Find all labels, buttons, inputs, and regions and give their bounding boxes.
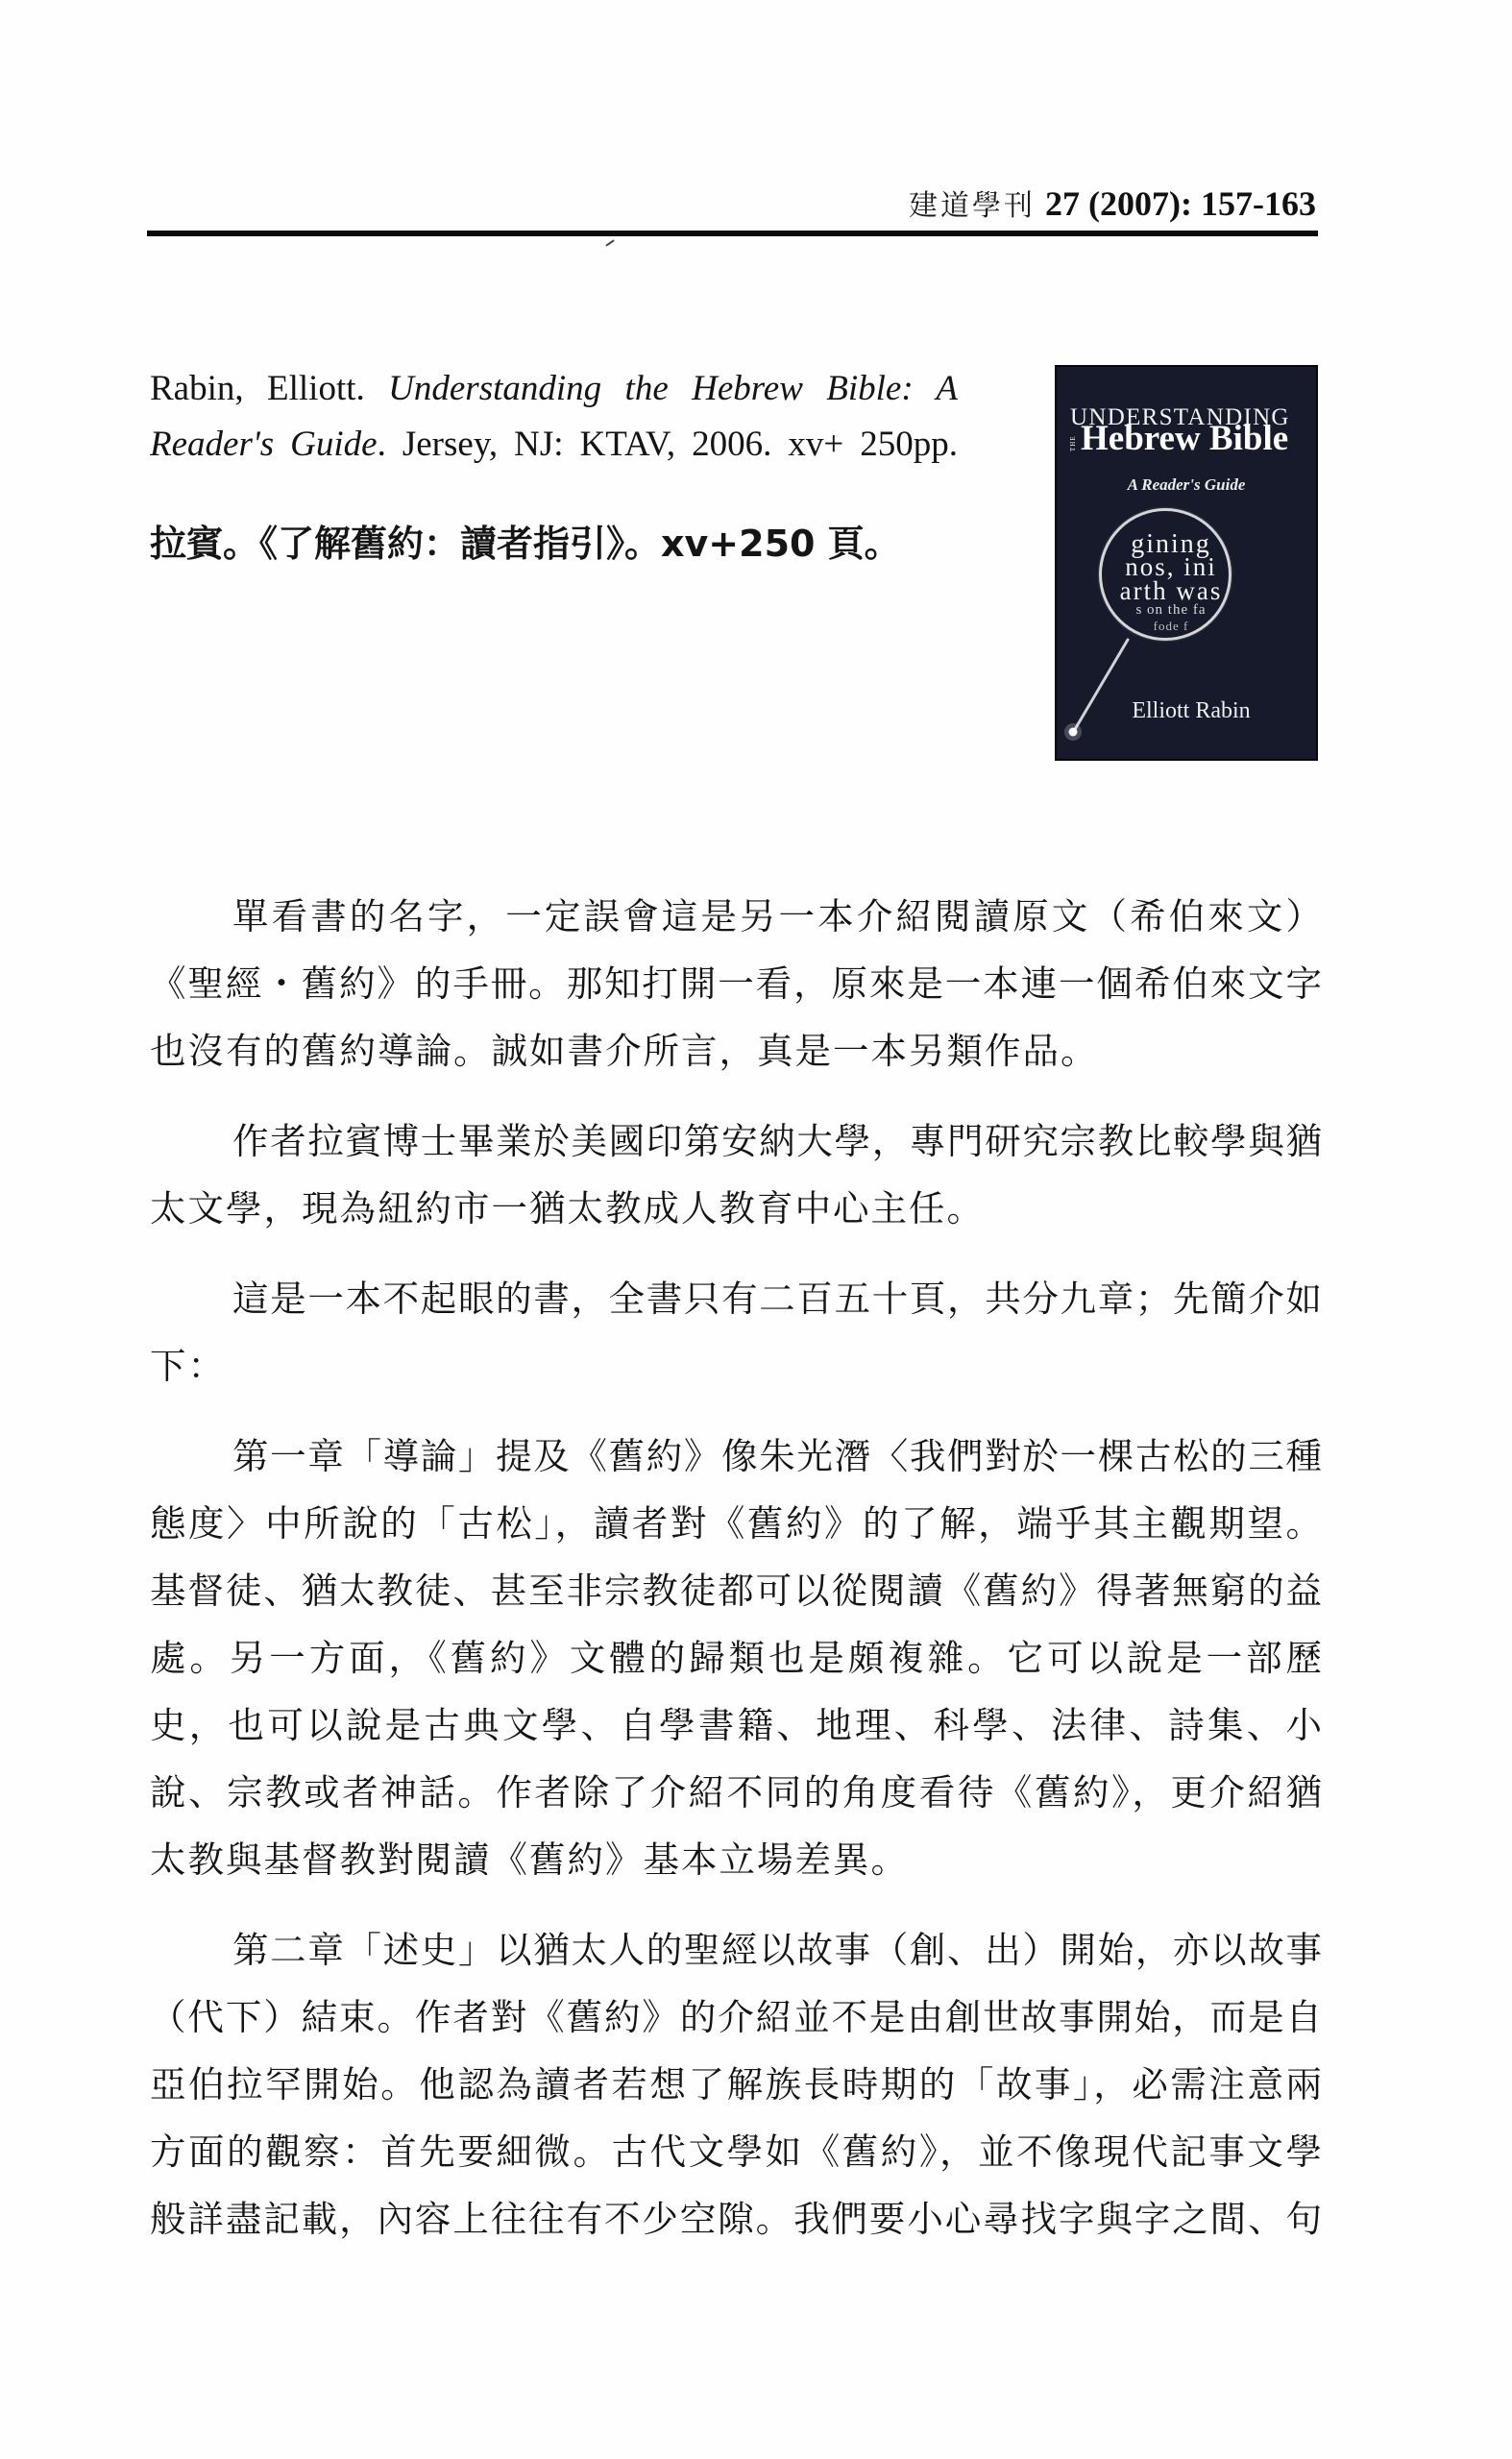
citation-english-line-1: Rabin, Elliott. Understanding the Hebrew… — [150, 361, 958, 417]
paragraph: 作者拉賓博士畢業於美國印第安納大學，專門研究宗教比較學與猶 太文學，現為紐約市一… — [150, 1108, 1322, 1242]
magnified-text-line: fode f — [1108, 620, 1232, 633]
header-rule — [147, 231, 1318, 236]
citation-publication-info: . Jersey, NJ: KTAV, 2006. xv+ 250pp. — [378, 425, 958, 464]
magnified-text-line: s on the fa — [1108, 602, 1232, 618]
text-line: 單看書的名字，一定誤會這是另一本介紹閱讀原文（希伯來文） — [150, 883, 1322, 950]
text-line: 作者拉賓博士畢業於美國印第安納大學，專門研究宗教比較學與猶 — [150, 1108, 1322, 1175]
citation-title: Understanding the Hebrew Bible: A — [388, 369, 958, 408]
text-line: 史，也可以說是古典文學、自學書籍、地理、科學、法律、詩集、小 — [150, 1692, 1322, 1759]
cover-author: Elliott Rabin — [1057, 697, 1316, 724]
scan-mark — [605, 239, 614, 246]
citation-subtitle: Reader's Guide — [150, 425, 378, 464]
text-line: 《聖經・舊約》的手冊。那知打開一看，原來是一本連一個希伯來文字 — [150, 950, 1322, 1017]
journal-name: 建道學刊 — [909, 189, 1036, 223]
text-line: 第二章「述史」以猶太人的聖經以故事（創、出）開始，亦以故事 — [150, 1916, 1322, 1984]
text-line: 說、宗教或者神話。作者除了介紹不同的角度看待《舊約》，更介紹猶 — [150, 1759, 1322, 1826]
paragraph: 第二章「述史」以猶太人的聖經以故事（創、出）開始，亦以故事 （代下）結束。作者對… — [150, 1916, 1322, 2252]
text-line: 處。另一方面，《舊約》文體的歸類也是頗複雜。它可以說是一部歷 — [150, 1624, 1322, 1692]
paragraph: 這是一本不起眼的書，全書只有二百五十頁，共分九章；先簡介如 下： — [150, 1265, 1322, 1400]
review-body: 單看書的名字，一定誤會這是另一本介紹閱讀原文（希伯來文） 《聖經・舊約》的手冊。… — [150, 883, 1322, 2276]
text-line: 第一章「導論」提及《舊約》像朱光潛〈我們對於一棵古松的三種 — [150, 1423, 1322, 1490]
text-line: 這是一本不起眼的書，全書只有二百五十頁，共分九章；先簡介如 — [150, 1265, 1322, 1332]
magnifying-glass-icon: gining nos, ini arth was s on the fa fod… — [1099, 508, 1232, 641]
text-line: 亞伯拉罕開始。他認為讀者若想了解族長時期的「故事」，必需注意兩 — [150, 2051, 1322, 2118]
text-line: 太文學，現為紐約市一猶太教成人教育中心主任。 — [150, 1175, 1322, 1242]
magnified-text-line: arth was — [1108, 578, 1232, 604]
paragraph: 單看書的名字，一定誤會這是另一本介紹閱讀原文（希伯來文） 《聖經・舊約》的手冊。… — [150, 883, 1322, 1084]
citation-english-line-2: Reader's Guide. Jersey, NJ: KTAV, 2006. … — [150, 417, 958, 473]
text-line: 態度〉中所說的「古松」，讀者對《舊約》的了解，端乎其主觀期望。 — [150, 1490, 1322, 1557]
text-line: 也沒有的舊約導論。誠如書介所言，真是一本另類作品。 — [150, 1017, 1322, 1084]
volume-page-info: 27 (2007): 157-163 — [1045, 184, 1316, 223]
citation-chinese: 拉賓。《了解舊約：讀者指引》。xv+250 頁。 — [150, 516, 901, 572]
book-cover-image: UNDERSTANDING THE Hebrew Bible A Reader'… — [1055, 365, 1318, 761]
paragraph: 第一章「導論」提及《舊約》像朱光潛〈我們對於一棵古松的三種 態度〉中所說的「古松… — [150, 1423, 1322, 1893]
text-line: 方面的觀察：首先要細微。古代文學如《舊約》，並不像現代記事文學 — [150, 2118, 1322, 2185]
text-line: 基督徒、猶太教徒、甚至非宗教徒都可以從閱讀《舊約》得著無窮的益 — [150, 1557, 1322, 1624]
citation-author: Rabin, Elliott. — [150, 369, 388, 408]
text-line: （代下）結束。作者對《舊約》的介紹並不是由創世故事開始，而是自 — [150, 1984, 1322, 2051]
text-line: 下： — [150, 1332, 1322, 1400]
text-line: 般詳盡記載，內容上往往有不少空隙。我們要小心尋找字與字之間、句 — [150, 2185, 1322, 2252]
text-line: 太教與基督教對閱讀《舊約》基本立場差異。 — [150, 1826, 1322, 1893]
running-header: 建道學刊27 (2007): 157-163 — [909, 184, 1316, 223]
